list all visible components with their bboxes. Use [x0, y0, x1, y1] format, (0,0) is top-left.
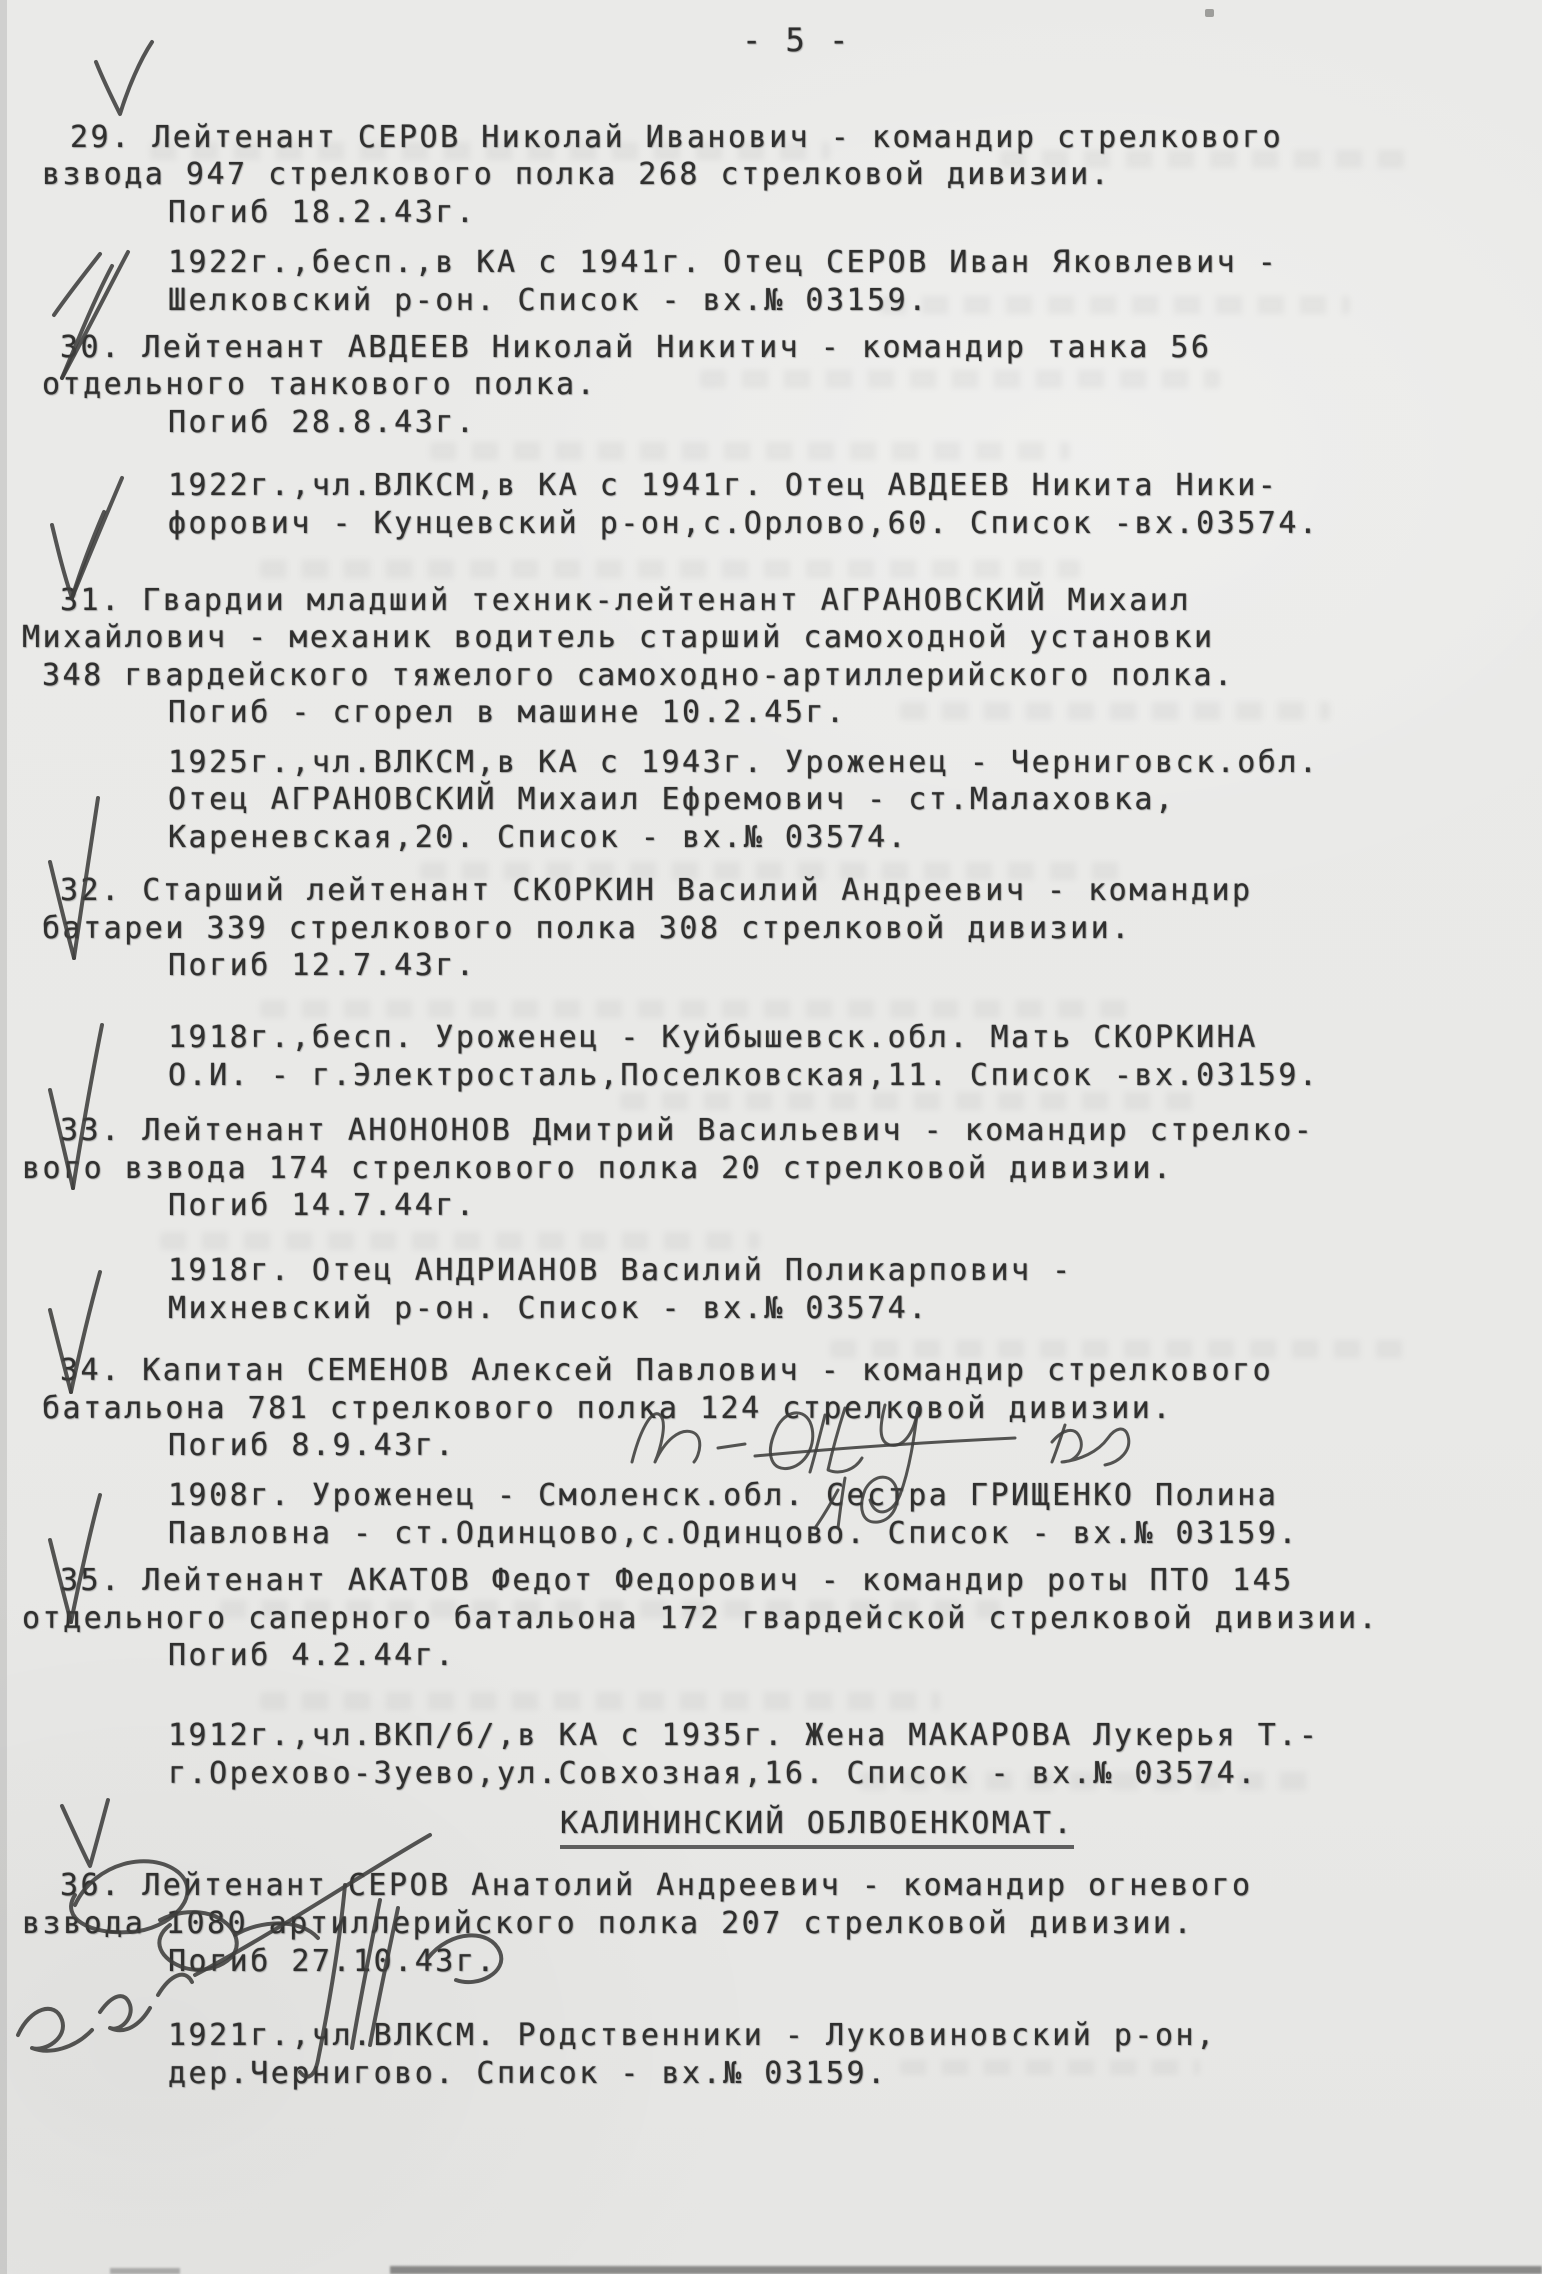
- bleed-through-smudge: [900, 2060, 1200, 2075]
- bleed-through-smudge: [260, 1000, 1140, 1018]
- entry-35-line-3: 1912г.,чл.ВКП/б/,в КА с 1935г. Жена МАКА…: [168, 1718, 1319, 1754]
- entry-35-line-1: отдельного саперного батальона 172 гвард…: [22, 1601, 1379, 1637]
- entry-29-line-2: Погиб 18.2.43г.: [168, 195, 476, 231]
- entry-31-line-4: 1925г.,чл.ВЛКСМ,в КА с 1943г. Уроженец -…: [168, 745, 1319, 781]
- entry-33-line-1: вого взвода 174 стрелкового полка 20 стр…: [22, 1151, 1173, 1187]
- entry-31-line-5: Отец АГРАНОВСКИЙ Михаил Ефремович - ст.М…: [168, 782, 1176, 818]
- entry-32-line-4: О.И. - г.Электросталь,Поселковская,11. С…: [168, 1058, 1319, 1094]
- bleed-through-smudge: [620, 1092, 1200, 1110]
- entry-35-line-2: Погиб 4.2.44г.: [168, 1638, 456, 1674]
- margin-checkmark-3: [52, 478, 122, 598]
- entry-32-line-2: Погиб 12.7.43г.: [168, 948, 476, 984]
- entry-34-line-0: 34. Капитан СЕМЕНОВ Алексей Павлович - к…: [60, 1353, 1273, 1389]
- ink-speck: [1205, 9, 1214, 17]
- entry-29-line-1: взвода 947 стрелкового полка 268 стрелко…: [42, 157, 1111, 193]
- entry-32-line-3: 1918г.,бесп. Уроженец - Куйбышевск.обл. …: [168, 1020, 1258, 1056]
- section-heading-kalininsky-oblvoenkomat: КАЛИНИНСКИЙ ОБЛВОЕНКОМАТ.: [560, 1806, 1074, 1849]
- scan-bottom-edge: [390, 2266, 1542, 2274]
- margin-checkmark-8: [62, 1800, 108, 1866]
- entry-34-line-1: батальона 781 стрелкового полка 124 стре…: [42, 1391, 1173, 1427]
- entry-30-line-2: Погиб 28.8.43г.: [168, 405, 476, 441]
- bleed-through-smudge: [700, 370, 1220, 388]
- entry-29-line-4: Шелковский р-он. Список - вх.№ 03159.: [168, 283, 929, 319]
- bleed-through-smudge: [880, 296, 1350, 314]
- entry-31-line-2: 348 гвардейского тяжелого самоходно-арти…: [42, 658, 1235, 694]
- entry-34-line-4: Павловна - ст.Одинцово,с.Одинцово. Списо…: [168, 1516, 1299, 1552]
- bleed-through-smudge: [260, 560, 1080, 578]
- entry-32-line-0: 32. Старший лейтенант СКОРКИН Василий Ан…: [60, 873, 1253, 909]
- entry-36-line-1: взвода 1080 артиллерийского полка 207 ст…: [22, 1906, 1194, 1942]
- entry-31-line-6: Кареневская,20. Список - вх.№ 03574.: [168, 820, 908, 856]
- margin-checkmark-1: [96, 42, 152, 114]
- entry-36-line-4: дер.Чернигово. Список - вх.№ 03159.: [168, 2056, 888, 2092]
- entry-33-line-3: 1918г. Отец АНДРИАНОВ Василий Поликарпов…: [168, 1253, 1073, 1289]
- entry-34-line-2: Погиб 8.9.43г.: [168, 1428, 456, 1464]
- entry-33-line-4: Михневский р-он. Список - вх.№ 03574.: [168, 1291, 929, 1327]
- entry-31-line-1: Михайлович - механик водитель старший са…: [22, 620, 1215, 656]
- entry-33-line-2: Погиб 14.7.44г.: [168, 1188, 476, 1224]
- entry-29-line-0: 29. Лейтенант СЕРОВ Николай Иванович - к…: [70, 120, 1283, 156]
- entry-34-line-3: 1908г. Уроженец - Смоленск.обл. Сестра Г…: [168, 1478, 1278, 1514]
- entry-30-line-4: форович - Кунцевский р-он,с.Орлово,60. С…: [168, 506, 1319, 542]
- entry-36-line-2: Погиб 27.10.43г.: [168, 1944, 497, 1980]
- entry-32-line-1: батареи 339 стрелкового полка 308 стрелк…: [42, 911, 1132, 947]
- scan-edge-shadow: [0, 0, 7, 2274]
- entry-30-line-3: 1922г.,чл.ВЛКСМ,в КА с 1941г. Отец АВДЕЕ…: [168, 468, 1278, 504]
- entry-36-line-3: 1921г.,чл.ВЛКСМ. Родственники - Луковино…: [168, 2018, 1217, 2054]
- entry-35-line-4: г.Орехово-Зуево,ул.Совхозная,16. Список …: [168, 1756, 1258, 1792]
- entry-31-line-0: 31. Гвардии младший техник-лейтенант АГР…: [60, 583, 1191, 619]
- scan-bottom-mark: [110, 2268, 180, 2274]
- bleed-through-smudge: [430, 442, 1070, 460]
- page-number: - 5 -: [742, 22, 851, 58]
- entry-31-line-3: Погиб - сгорел в машине 10.2.45г.: [168, 695, 847, 731]
- entry-36-line-0: 36. Лейтенант СЕРОВ Анатолий Андреевич -…: [60, 1868, 1253, 1904]
- entry-30-line-0: 30. Лейтенант АВДЕЕВ Николай Никитич - к…: [60, 330, 1211, 366]
- bleed-through-smudge: [260, 1692, 940, 1710]
- bleed-through-smudge: [900, 702, 1330, 720]
- entry-29-line-3: 1922г.,бесп.,в КА с 1941г. Отец СЕРОВ Ив…: [168, 245, 1278, 281]
- bleed-through-smudge: [160, 1232, 760, 1250]
- entry-35-line-0: 35. Лейтенант АКАТОВ Федот Федорович - к…: [60, 1563, 1294, 1599]
- scanned-document-page: - 5 - 29. Лейтенант СЕРОВ Николай Иванов…: [0, 0, 1542, 2274]
- entry-30-line-1: отдельного танкового полка.: [42, 367, 597, 403]
- entry-33-line-0: 33. Лейтенант АНОНОНОВ Дмитрий Васильеви…: [60, 1113, 1314, 1149]
